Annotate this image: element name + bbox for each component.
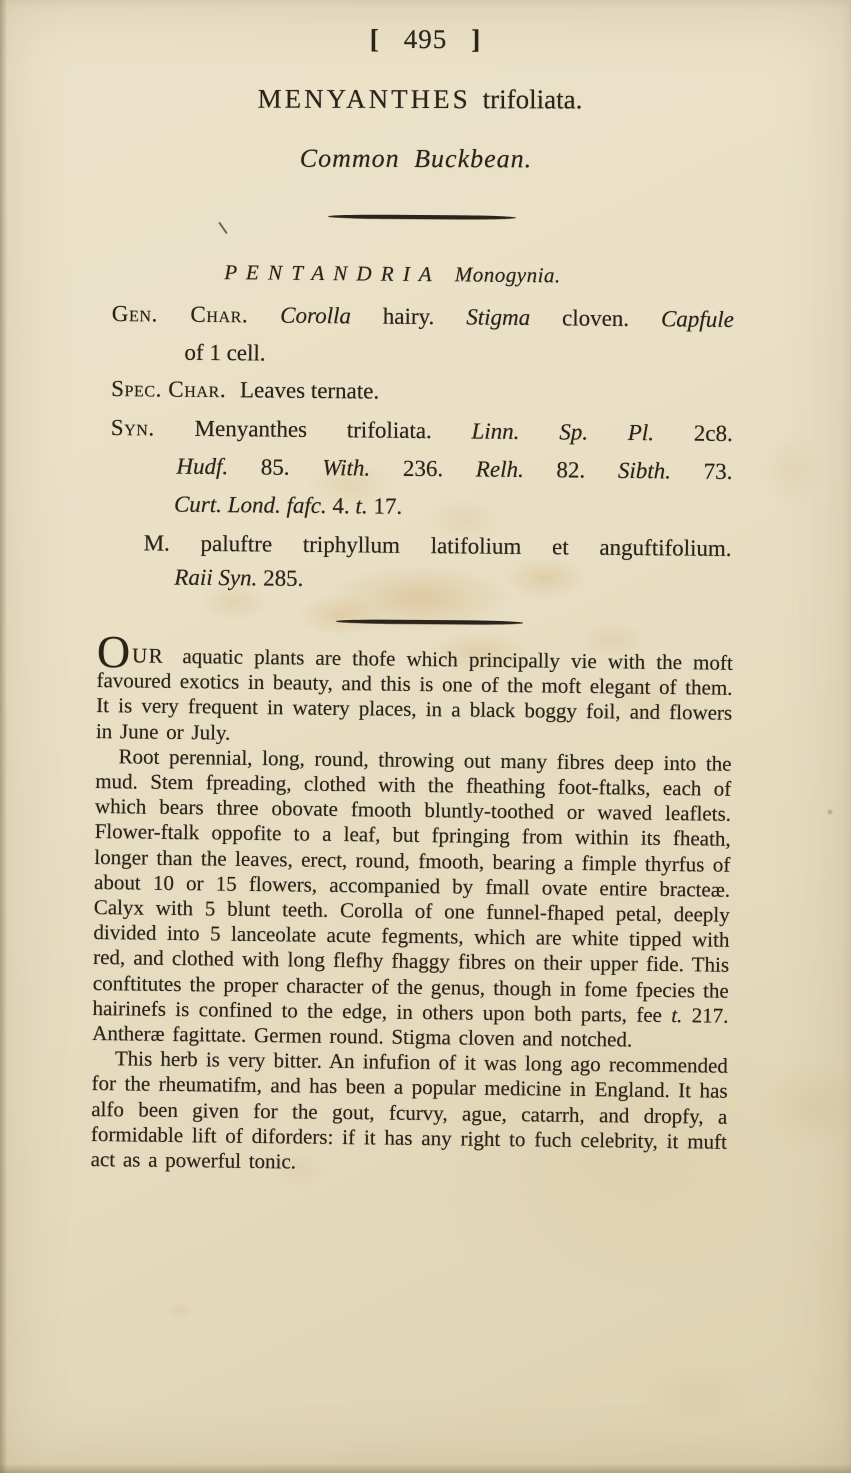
syn-ref-hudson-page: 85. (261, 454, 290, 479)
syn-ref-withering: With. (322, 455, 370, 480)
ray-synonym-line2: Raii Syn. 285. (174, 563, 303, 594)
linnaean-class: P E N T A N D R I A (224, 260, 434, 286)
front-matter: P E N T A N D R I A Monogynia. Gen. Char… (0, 0, 851, 647)
ray-ref: Raii Syn. (174, 565, 257, 591)
syn-ref-curtis: Curt. Lond. fafc. (174, 492, 327, 518)
syn-line1: Syn. Menyanthes trifoliata. Linn. Sp. Pl… (111, 413, 733, 449)
gen-char-term1: Corolla (280, 303, 351, 329)
lead-word-caps: UR (132, 643, 164, 667)
syn-ref-relhan: Relh. (476, 457, 524, 482)
syn-ref-linn-page: 2c8. (694, 421, 733, 446)
page-edge-left (0, 0, 7, 1473)
spec-char-text: Leaves ternate. (240, 377, 379, 403)
syn-ref-withering-page: 236. (403, 456, 443, 481)
gen-char-desc1: hairy. (383, 304, 435, 329)
gen-char-desc2: cloven. (562, 305, 629, 331)
syn-name: Menyanthes trifoliata. (195, 416, 432, 443)
syn-label: Syn. (111, 415, 155, 440)
linnaean-order: Monogynia. (455, 262, 561, 287)
syn-ref-hudson: Hudf. (176, 454, 228, 479)
syn-ref-curtis-t: t. (355, 493, 367, 518)
gen-char-term2: Stigma (466, 304, 530, 330)
page-edge-bottom (0, 1464, 851, 1473)
taxonomy-line: P E N T A N D R I A Monogynia. (224, 257, 561, 290)
ray-ref-page: 285. (263, 565, 303, 590)
ray-synonym-line1: M. paluftre triphyllum latifolium et ang… (144, 528, 732, 564)
paragraph-intro-text: aquatic plants are thofe which principal… (96, 644, 733, 744)
syn-ref-curtis-n1: 4. (332, 493, 349, 518)
description-text: OUR aquatic plants are thofe which princ… (91, 643, 733, 1180)
paragraph-intro: OUR aquatic plants are thofe which princ… (96, 643, 733, 752)
gen-char-line2: of 1 cell. (184, 338, 265, 369)
syn-ref-sibthorp: Sibth. (618, 458, 671, 484)
syn-line3: Curt. Lond. fafc. 4. t. 17. (174, 490, 402, 522)
gen-char-label: Gen. Char. (112, 301, 249, 327)
plate-ref-t: t. (671, 1003, 682, 1027)
gen-char-line1: Gen. Char. Corolla hairy. Stigma cloven.… (112, 299, 734, 335)
paragraph-botany: Root perennial, long, round, throwing ou… (92, 744, 732, 1054)
syn-line2: Hudf. 85. With. 236. Relh. 82. Sibth. 73… (176, 452, 732, 487)
paragraph-botany-text-a: Root perennial, long, round, throwing ou… (92, 744, 731, 1027)
spec-char-line: Spec. Char. Leaves ternate. (111, 374, 379, 407)
book-page: [495] MENYANTHEStrifoliata. Common Buckb… (0, 0, 851, 1473)
syn-ref-sibthorp-page: 73. (704, 459, 733, 484)
paragraph-medicinal: This herb is very bitter. An infufion of… (91, 1046, 728, 1180)
gen-char-term3: Capfule (661, 306, 734, 332)
syn-ref-linn: Linn. Sp. Pl. (471, 418, 654, 445)
syn-ref-curtis-n2: 17. (373, 494, 402, 519)
syn-ref-relhan-page: 82. (556, 457, 585, 482)
spec-char-label: Spec. Char. (111, 376, 226, 402)
